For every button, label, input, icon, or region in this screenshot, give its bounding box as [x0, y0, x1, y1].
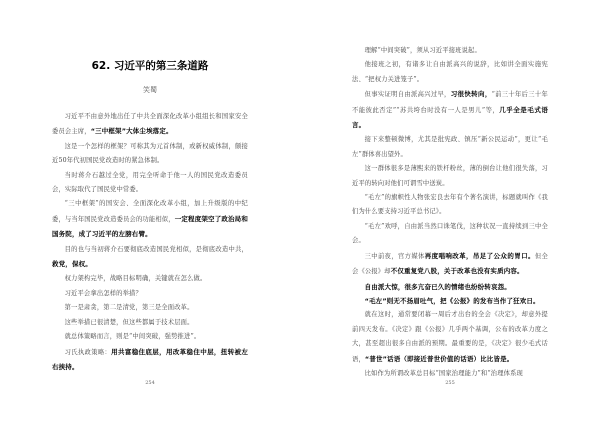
text-run: 这一群体很多是薄熙来的铁杆粉丝，薄的倒台让他们很失落，习近平的转向对他们可谓雪中…: [352, 165, 548, 186]
paragraph: 习氏执政策略：用共富稳住底层，用改革稳住中层，扭转被左右挟持。: [52, 345, 248, 376]
paragraph: 权力架构完毕，战略目标明确，关键就在怎么做。: [52, 272, 248, 286]
bold-text-run: 救党，保权。: [52, 260, 92, 268]
text-run: 比如作为所谓改革总目标“国家治理能力”和“治理体系现: [365, 370, 523, 377]
text-run: 这些举措已很清楚，但这些都属于技术层面。: [65, 319, 194, 326]
paragraph: 这是一个怎样的框架？可称其为元首体制，或新权威体制，颇接近50年代初国民党改造时…: [52, 140, 248, 169]
text-run: “毛左”的旗帜性人物张宏良去年有个著名演讲，标题就叫作《我们为什么要支持习近平总…: [352, 194, 548, 215]
text-run: 目的也与当初蒋介石要彻底改造国民党相似，是彻底改造中共，: [65, 246, 248, 253]
paragraph: 这些举措已很清楚，但这些都属于技术层面。: [52, 316, 248, 330]
text-run: 习氏执政策略：: [65, 349, 112, 356]
text-run: “毛左”欢呼，自由派当然口诛笔伐，这种状况一直持续到三中全会。: [352, 223, 548, 244]
paragraph: 第一是肃贪，第二是清党，第三是全面改革。: [52, 301, 248, 315]
paragraph: 习近平会拿出怎样的举措？: [52, 287, 248, 301]
paragraph: 目的也与当初蒋介石要彻底改造国民党相似，是彻底改造中共，救党，保权。: [52, 243, 248, 273]
paragraph: 就总体策略而言，则是“中间突破，强势推进”。: [52, 330, 248, 344]
page-number-right: 255: [300, 380, 600, 386]
text-run: 理解“中间突破”，须从习近平接班说起。: [365, 47, 481, 54]
paragraph: “毛左”则无不扬眉吐气，把《公报》的发布当作了狂欢日。: [352, 294, 548, 308]
paragraph: 这一群体很多是薄熙来的铁杆粉丝，薄的倒台让他们很失落，习近平的转向对他们可谓雪中…: [352, 162, 548, 191]
page-number-left: 254: [0, 380, 300, 386]
text-run: 这是一个怎样的框架？可称其为元首体制，或新权威体制，颇接近50年代初国民党改造时…: [52, 143, 248, 164]
paragraph: 就在这时，通常要闭幕一周后才出台的全会《决定》，却意外提前四天发布。《决定》跟《…: [352, 308, 548, 367]
paragraph: 三中前夜，官方媒体再度唱响改革，吊足了公众的胃口。但全会《公报》却不仅重复党八股…: [352, 249, 548, 280]
text-run: 当时蒋介石越过全党，用完全听命于他一人的国民党改造委员会，实际取代了国民党中常委…: [52, 172, 248, 193]
bold-text-run: 再度唱响改革，吊足了公众的胃口。: [425, 252, 535, 260]
left-page: 62. 习近平的第三条道路 笑蜀 习近平不由意外地出任了中共全面深化改革小组组长…: [0, 0, 300, 421]
text-run: 权力架构完毕，战略目标明确，关键就在怎么做。: [65, 275, 207, 282]
text-run: 接下来整顿微博，尤其是批宪政、镇压“新公民运动”，更让“毛左”群体喜出望外。: [352, 136, 548, 157]
paragraph: 当时蒋介石越过全党，用完全听命于他一人的国民党改造委员会，实际取代了国民党中常委…: [52, 169, 248, 198]
paragraph: 习近平不由意外地出任了中共全面深化改革小组组长和国家安全委员会主席，“三中框架”…: [52, 110, 248, 140]
paragraph: 自由派大惊，很多亢奋已久的情绪也纷纷转哀怨。: [352, 280, 548, 294]
bold-text-run: “毛左”则无不扬眉吐气，把《公报》的发布当作了狂欢日。: [365, 297, 540, 305]
text-run: 习近平会拿出怎样的举措？: [65, 290, 142, 297]
right-page: 理解“中间突破”，须从习近平接班说起。他接班之初，有诸多让自由派高兴的说辞，比如…: [300, 0, 600, 421]
text-run: 第一是肃贪，第二是清党，第三是全面改革。: [65, 304, 194, 311]
chapter-title: 62. 习近平的第三条道路: [0, 58, 300, 73]
left-page-body: 习近平不由意外地出任了中共全面深化改革小组组长和国家安全委员会主席，“三中框架”…: [52, 110, 248, 375]
bold-text-run: 习很快转向，: [451, 90, 492, 98]
bold-text-run: “三中框架”大体尘埃落定。: [91, 127, 173, 135]
paragraph: “毛左”的旗帜性人物张宏良去年有个著名演讲，标题就叫作《我们为什么要支持习近平总…: [352, 191, 548, 220]
paragraph: 接下来整顿微博，尤其是批宪政、镇压“新公民运动”，更让“毛左”群体喜出望外。: [352, 133, 548, 162]
text-run: 他接班之初，有诸多让自由派高兴的说辞，比如讲全面实施宪法、“把权力关进笼子”。: [352, 61, 548, 82]
paragraph: “毛左”欢呼，自由派当然口诛笔伐，这种状况一直持续到三中全会。: [352, 220, 548, 249]
author-name: 笑蜀: [0, 85, 300, 95]
paragraph: 他接班之初，有诸多让自由派高兴的说辞，比如讲全面实施宪法、“把权力关进笼子”。: [352, 58, 548, 87]
text-run: 三中前夜，官方媒体: [365, 253, 425, 260]
paragraph: “三中框架”的国安会、全面深化改革小组，加上升级版的中纪委，与当年国民党改造委员…: [52, 197, 248, 242]
text-run: 但事实证明自由派高兴过早，: [365, 91, 451, 98]
paragraph: 理解“中间突破”，须从习近平接班说起。: [352, 44, 548, 58]
paragraph: 但事实证明自由派高兴过早，习很快转向，“前三十年后三十年不能彼此否定”“苏共垮台…: [352, 87, 548, 133]
bold-text-run: “普世”话语（即接近普世价值的话语）比比皆是。: [365, 355, 514, 363]
bold-text-run: 自由派大惊，很多亢奋已久的情绪也纷纷转哀怨。: [365, 283, 511, 291]
text-run: 就总体策略而言，则是“中间突破，强势推进”。: [65, 333, 201, 340]
bold-text-run: 不仅重复党八股，关于改革也没有实质内容。: [391, 267, 524, 275]
right-page-body: 理解“中间突破”，须从习近平接班说起。他接班之初，有诸多让自由派高兴的说辞，比如…: [352, 44, 548, 381]
